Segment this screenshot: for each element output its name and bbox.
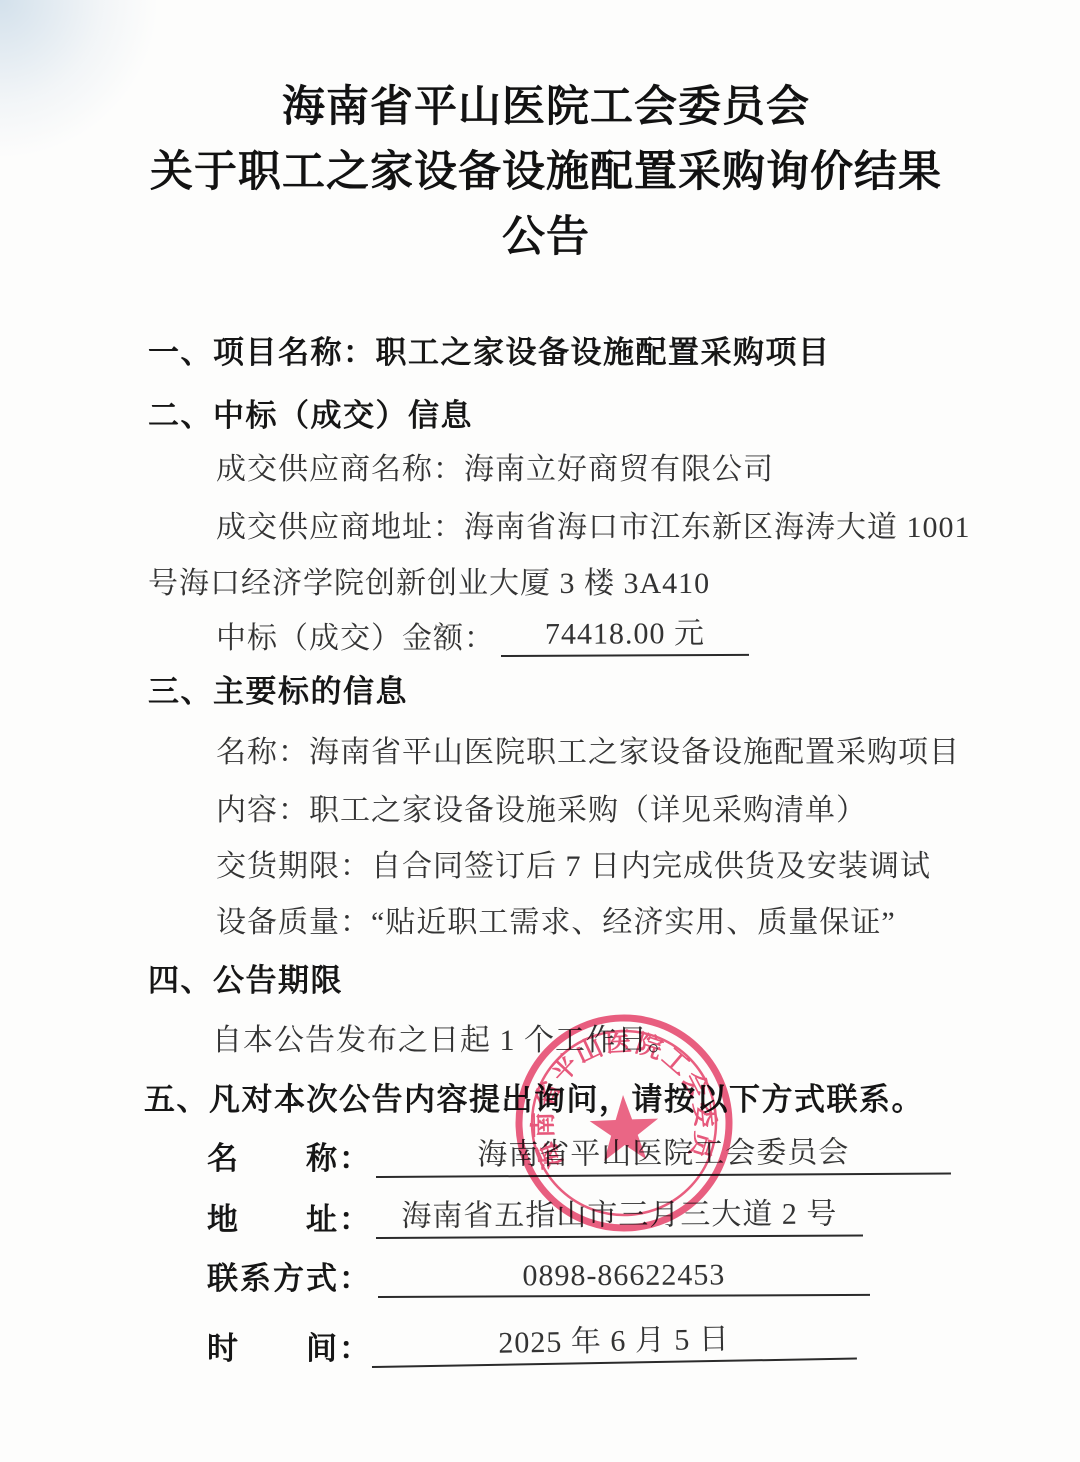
document-page: 海南省平山医院工会委员会 关于职工之家设备设施配置采购询价结果 公告 一、项目名… [0, 0, 1080, 1462]
subject-content-line: 内容：职工之家设备设施采购（详见采购清单） [216, 785, 867, 829]
award-amount-row: 中标（成交）金额： 74418.00 元 [216, 609, 749, 657]
section-2-heading: 二、中标（成交）信息 [148, 390, 473, 435]
section-5-heading: 五、凡对本次公告内容提出询问，请按以下方式联系。 [144, 1074, 924, 1119]
supplier-addr-line-1: 成交供应商地址：海南省海口市江东新区海涛大道 1001 [216, 502, 971, 546]
delivery-term-line: 交货期限：自合同签订后 7 日内完成供货及安装调试 [216, 841, 931, 885]
scan-corner-artifact [0, 0, 160, 160]
award-amount-value: 74418.00 元 [501, 608, 749, 657]
contact-phone-row: 联系方式： 0898-86622453 [207, 1253, 870, 1298]
contact-addr-value: 海南省五指山市三月三大道 2 号 [376, 1188, 863, 1239]
contact-time-label: 时 间： [207, 1323, 372, 1368]
contact-name-value: 海南省平山医院工会委员会 [376, 1126, 951, 1178]
contact-name-row: 名 称： 海南省平山医院工会委员会 [207, 1130, 951, 1178]
contact-phone-label: 联系方式： [207, 1253, 372, 1298]
supplier-addr-line-2: 号海口经济学院创新创业大厦 3 楼 3A410 [148, 558, 710, 602]
document-title-line-1: 海南省平山医院工会委员会 [6, 84, 1080, 131]
contact-name-label: 名 称： [207, 1133, 372, 1178]
section-4-heading: 四、公告期限 [148, 955, 343, 1000]
document-title-line-3: 公告 [6, 214, 1080, 261]
section-3-heading: 三、主要标的信息 [148, 666, 408, 711]
notice-period-line: 自本公告发布之日起 1 个工作日。 [212, 1015, 679, 1059]
section-1-heading: 一、项目名称：职工之家设备设施配置采购项目 [148, 327, 831, 372]
contact-phone-value: 0898-86622453 [378, 1258, 870, 1298]
award-amount-label: 中标（成交）金额： [216, 613, 495, 657]
document-title-line-2: 关于职工之家设备设施配置采购询价结果 [6, 149, 1080, 196]
supplier-name-line: 成交供应商名称：海南立好商贸有限公司 [216, 444, 774, 488]
contact-addr-label: 地 址： [207, 1194, 372, 1239]
equipment-quality-line: 设备质量：“贴近职工需求、经济实用、质量保证” [216, 897, 896, 941]
subject-name-line: 名称：海南省平山医院职工之家设备设施配置采购项目 [216, 727, 960, 771]
contact-addr-row: 地 址： 海南省五指山市三月三大道 2 号 [207, 1191, 863, 1239]
contact-time-value: 2025 年 6 月 5 日 [371, 1312, 857, 1368]
contact-time-row: 时 间： 2025 年 6 月 5 日 [207, 1320, 857, 1368]
